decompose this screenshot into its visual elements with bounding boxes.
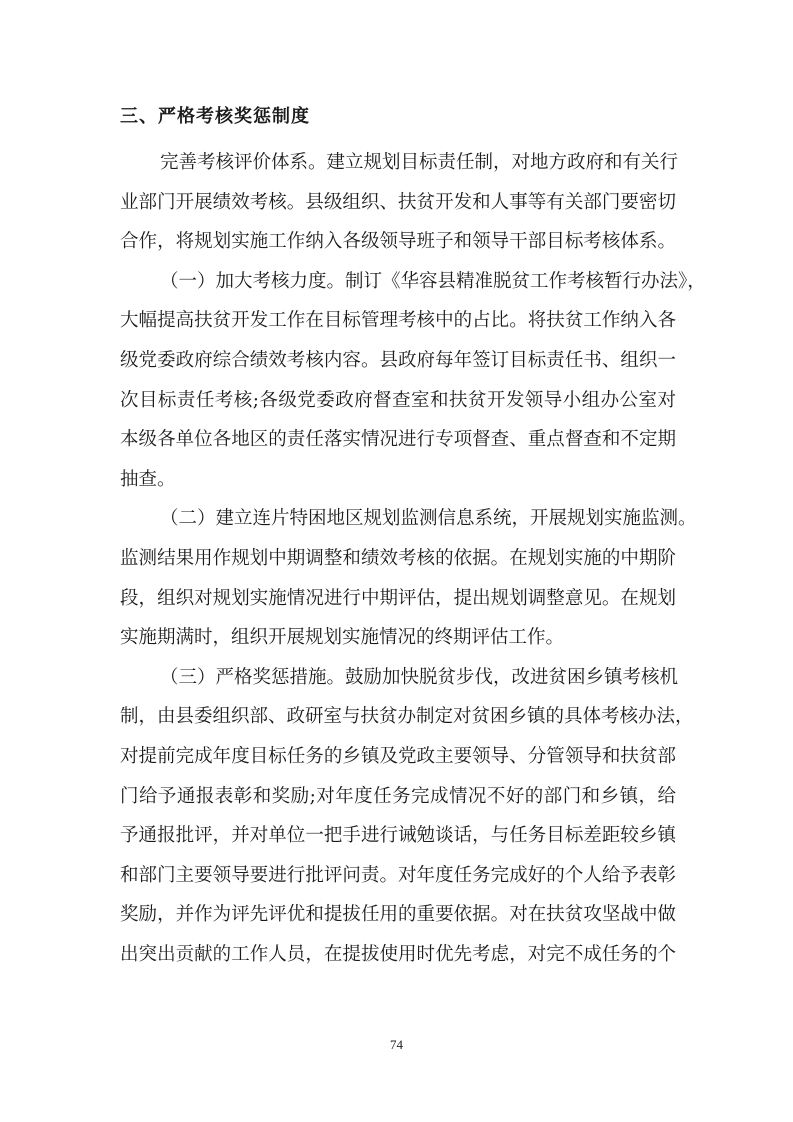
paragraph-assessment-system: 完善考核评价体系。建立规划目标责任制，对地方政府和有关行 业部门开展绩效考核。县… (120, 143, 676, 262)
text-line: 出突出贡献的工作人员，在提拔使用时优先考虑，对完不成任务的个 (120, 935, 676, 975)
text-line: 次目标责任考核;各级党委政府督查室和扶贫开发领导小组办公室对 (120, 381, 676, 421)
text-line: 大幅提高扶贫开发工作在目标管理考核中的占比。将扶贫工作纳入各 (120, 301, 676, 341)
text-line: （一）加大考核力度。制订《华容县精准脱贫工作考核暂行办法》， (120, 262, 676, 302)
text-line: 级党委政府综合绩效考核内容。县政府每年签订目标责任书、组织一 (120, 341, 676, 381)
text-line: 奖励，并作为评先评优和提拔任用的重要依据。对在扶贫攻坚战中做 (120, 895, 676, 935)
text-line: 和部门主要领导要进行批评问责。对年度任务完成好的个人给予表彰 (120, 856, 676, 896)
text-line: 抽查。 (120, 460, 676, 500)
text-line: 完善考核评价体系。建立规划目标责任制，对地方政府和有关行 (120, 143, 676, 183)
text-line: 对提前完成年度目标任务的乡镇及党政主要领导、分管领导和扶贫部 (120, 737, 676, 777)
text-line: 合作，将规划实施工作纳入各级领导班子和领导干部目标考核体系。 (120, 222, 676, 262)
paragraph-monitoring-system: （二）建立连片特困地区规划监测信息系统，开展规划实施监测。 监测结果用作规划中期… (120, 499, 676, 657)
text-line: 予通报批评，并对单位一把手进行诫勉谈话，与任务目标差距较乡镇 (120, 816, 676, 856)
text-line: 业部门开展绩效考核。县级组织、扶贫开发和人事等有关部门要密切 (120, 183, 676, 223)
text-line: 门给予通报表彰和奖励;对年度任务完成情况不好的部门和乡镇，给 (120, 777, 676, 817)
text-line: （三）严格奖惩措施。鼓励加快脱贫步伐，改进贫困乡镇考核机 (120, 658, 676, 698)
text-line: （二）建立连片特困地区规划监测信息系统，开展规划实施监测。 (120, 499, 676, 539)
text-line: 监测结果用作规划中期调整和绩效考核的依据。在规划实施的中期阶 (120, 539, 676, 579)
text-line: 段，组织对规划实施情况进行中期评估，提出规划调整意见。在规划 (120, 579, 676, 619)
section-heading: 三、严格考核奖惩制度 (120, 104, 676, 130)
paragraph-rewards-penalties: （三）严格奖惩措施。鼓励加快脱贫步伐，改进贫困乡镇考核机 制，由县委组织部、政研… (120, 658, 676, 975)
document-page: 三、严格考核奖惩制度 完善考核评价体系。建立规划目标责任制，对地方政府和有关行 … (120, 104, 676, 974)
text-line: 实施期满时，组织开展规划实施情况的终期评估工作。 (120, 618, 676, 658)
page-number: 74 (0, 1037, 793, 1053)
text-line: 本级各单位各地区的责任落实情况进行专项督查、重点督查和不定期 (120, 420, 676, 460)
text-line: 制，由县委组织部、政研室与扶贫办制定对贫困乡镇的具体考核办法， (120, 697, 676, 737)
paragraph-strengthen-assessment: （一）加大考核力度。制订《华容县精准脱贫工作考核暂行办法》， 大幅提高扶贫开发工… (120, 262, 676, 500)
